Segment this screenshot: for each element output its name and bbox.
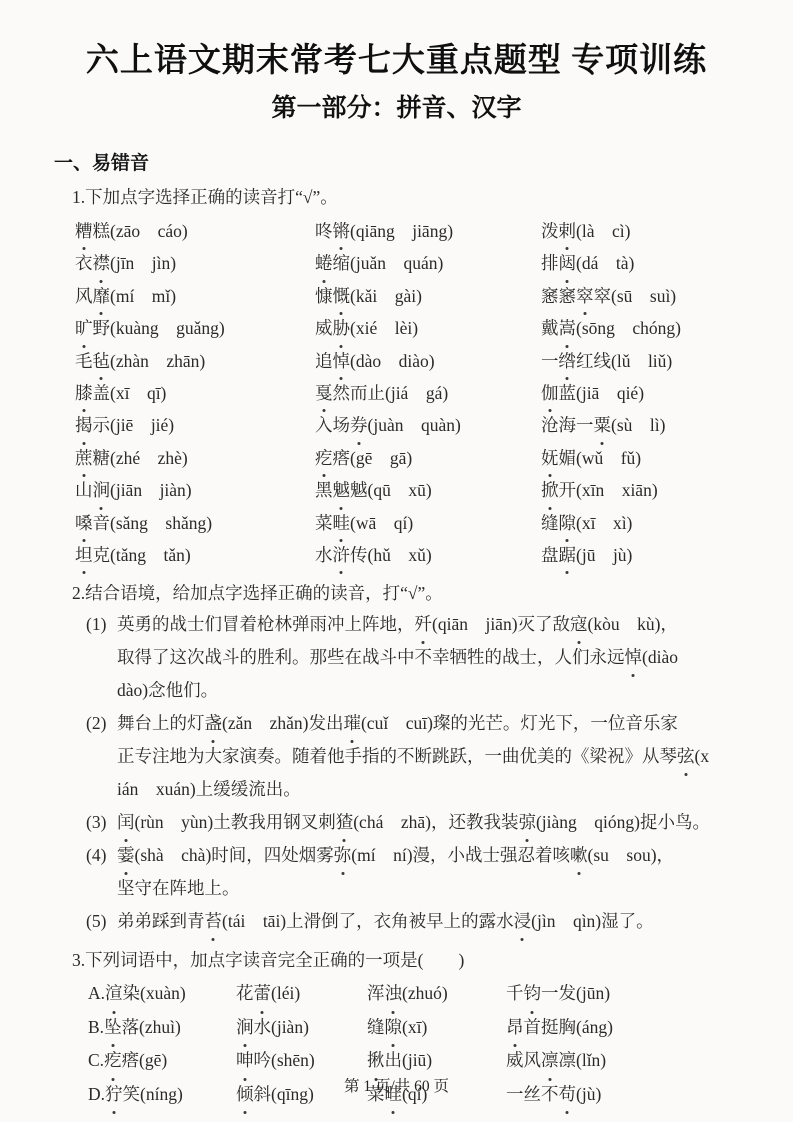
emphasis-dot-char: 钧 [524, 977, 542, 1010]
emphasis-dot-char: 戛 [315, 377, 333, 409]
emphasis-dot-char: 坦 [75, 539, 93, 571]
option-item: 缝隙(xī) [367, 1011, 506, 1044]
word-item: 入场券(juàn quàn) [315, 409, 541, 441]
emphasis-dot-char: 悼 [333, 345, 351, 377]
option-item: C.疙瘩(gē) [88, 1044, 236, 1077]
word-item: 泼剌(là cì) [541, 215, 793, 247]
emphasis-dot-char: 胁 [333, 312, 351, 344]
word-item: 戛然而止(jiá gá) [315, 377, 541, 409]
option-item: 涧水(jiàn) [236, 1011, 367, 1044]
paragraph-number: (3) [86, 806, 106, 839]
emphasis-dot-char: 疙 [315, 442, 333, 474]
emphasis-dot-char: 旷 [75, 312, 93, 344]
word-item: 蜷缩(juǎn quán) [315, 247, 541, 279]
paragraph-line: ián xuán)上缓缓流出。 [117, 773, 793, 806]
word-item: 伽蓝(jiā qié) [541, 377, 793, 409]
emphasis-dot-char: 凛 [541, 1044, 559, 1077]
word-item: 衣襟(jīn jìn) [75, 247, 315, 279]
paragraph-line: 霎(shà chà)时间，四处烟雾弥(mí ní)漫，小战士强忍着咳嗽(su s… [117, 839, 793, 872]
word-item: 蔗糖(zhé zhè) [75, 442, 315, 474]
emphasis-dot-char: 嗓 [75, 507, 93, 539]
emphasis-dot-char: 畦 [333, 507, 351, 539]
paragraph-line: 闰(rùn yùn)土教我用钢叉刺猹(chá zhā)，还教我装弶(jiàng … [117, 806, 793, 839]
paragraph-line: dào)念他们。 [117, 674, 793, 707]
word-item: 菜畦(wā qí) [315, 507, 541, 539]
paragraph-line: 英勇的战士们冒着枪林弹雨冲上阵地，歼(qiān jiān)灭了敌寇(kòu kù… [117, 608, 793, 641]
word-item: 山涧(jiān jiàn) [75, 474, 315, 506]
emphasis-dot-char: 渲 [105, 977, 123, 1010]
page-subtitle: 第一部分：拼音、汉字 [0, 88, 793, 124]
emphasis-dot-char: 蕾 [254, 977, 272, 1010]
emphasis-dot-char: 浸 [514, 905, 532, 938]
word-item: 咚锵(qiāng jiāng) [315, 215, 541, 247]
emphasis-dot-char: 悼 [625, 641, 643, 674]
word-item: 沧海一粟(sù lì) [541, 409, 793, 441]
paragraph-line: 弟弟踩到青苔(tái tāi)上滑倒了，衣角被早上的露水浸(jìn qìn)湿了… [117, 905, 793, 938]
emphasis-dot-char: 浊 [385, 977, 403, 1010]
paragraph-number: (5) [86, 905, 106, 938]
word-item: 坦克(tǎng tǎn) [75, 539, 315, 571]
emphasis-dot-char: 嵩 [559, 312, 577, 344]
word-item: 掀开(xīn xiān) [541, 474, 793, 506]
emphasis-dot-char: 坠 [104, 1011, 122, 1044]
emphasis-dot-char: 弥 [334, 839, 352, 872]
emphasis-dot-char: 糟 [75, 215, 93, 247]
option-item: 千钧一发(jūn) [506, 977, 793, 1010]
emphasis-dot-char: 蜷 [315, 247, 333, 279]
word-item: 疙瘩(gē gā) [315, 442, 541, 474]
paragraph-number: (1) [86, 608, 106, 641]
paragraph-number: (4) [86, 839, 106, 872]
q2-paragraph: (4)霎(shà chà)时间，四处烟雾弥(mí ní)漫，小战士强忍着咳嗽(s… [86, 839, 793, 905]
word-item: 膝盖(xī qī) [75, 377, 315, 409]
section-heading: 一、易错音 [54, 148, 793, 175]
option-item: 浑浊(zhuó) [367, 977, 506, 1010]
word-item: 水浒传(hǔ xǔ) [315, 539, 541, 571]
emphasis-dot-char: 闰 [117, 806, 135, 839]
option-item: 威风凛凛(lǐn) [506, 1044, 793, 1077]
emphasis-dot-char: 歼 [415, 608, 433, 641]
emphasis-dot-char: 剌 [559, 215, 577, 247]
emphasis-dot-char: 涧 [93, 474, 111, 506]
emphasis-dot-char: 锵 [333, 215, 351, 247]
option-item: 呻吟(shēn) [236, 1044, 367, 1077]
paragraph-line: 舞台上的灯盏(zǎn zhǎn)发出璀(cuǐ cuī)璨的光芒。灯光下，一位音… [117, 707, 793, 740]
word-item: 旷野(kuàng guǎng) [75, 312, 315, 344]
emphasis-dot-char: 踞 [559, 539, 577, 571]
word-item: 一绺红线(lǔ liǔ) [541, 345, 793, 377]
emphasis-dot-char: 揭 [75, 409, 93, 441]
paragraph-line: 取得了这次战斗的胜利。那些在战斗中不幸牺牲的战士，人们永远悼(diào [117, 641, 793, 674]
emphasis-dot-char: 靡 [93, 280, 111, 312]
emphasis-dot-char: 毡 [93, 345, 111, 377]
emphasis-dot-char: 苔 [205, 905, 223, 938]
option-item: A.渲染(xuàn) [88, 977, 236, 1010]
emphasis-dot-char: 隙 [559, 507, 577, 539]
question-1-label: 1.下加点字选择正确的读音打“√”。 [72, 184, 793, 209]
emphasis-dot-char: 弦 [677, 740, 695, 773]
option-item: B.坠落(zhuì) [88, 1011, 236, 1044]
option-item: 花蕾(léi) [236, 977, 367, 1010]
page-title: 六上语文期末常考七大重点题型 专项训练 [0, 0, 793, 81]
emphasis-dot-char: 呻 [236, 1044, 254, 1077]
emphasis-dot-char: 璀 [343, 707, 361, 740]
emphasis-dot-char: 襟 [93, 247, 111, 279]
word-item: 戴嵩(sōng chóng) [541, 312, 793, 344]
emphasis-dot-char: 慨 [333, 280, 351, 312]
emphasis-dot-char: 猹 [336, 806, 354, 839]
word-item: 黑魆魆(qū xū) [315, 474, 541, 506]
option-item: 揪出(jiū) [367, 1044, 506, 1077]
question-2-label: 2.结合语境，给加点字选择正确的读音，打“√”。 [72, 580, 793, 605]
q2-paragraph: (3)闰(rùn yùn)土教我用钢叉刺猹(chá zhā)，还教我装弶(jià… [86, 806, 793, 839]
word-item: 风靡(mí mǐ) [75, 280, 315, 312]
q2-paragraph: (5)弟弟踩到青苔(tái tāi)上滑倒了，衣角被早上的露水浸(jìn qìn… [86, 905, 793, 938]
emphasis-dot-char: 粟 [594, 409, 612, 441]
emphasis-dot-char: 揪 [367, 1044, 385, 1077]
word-item: 嗓音(sǎng shǎng) [75, 507, 315, 539]
q2-paragraph: (2)舞台上的灯盏(zǎn zhǎn)发出璀(cuǐ cuī)璨的光芒。灯光下，… [86, 707, 793, 806]
emphasis-dot-char: 魆 [333, 474, 351, 506]
emphasis-dot-char: 涧 [236, 1011, 254, 1044]
question-3-label: 3.下列词语中，加点字读音完全正确的一项是( ) [72, 947, 793, 972]
emphasis-dot-char: 盏 [205, 707, 223, 740]
emphasis-dot-char: 弶 [518, 806, 536, 839]
emphasis-dot-char: 寇 [570, 608, 588, 641]
emphasis-dot-char: 妩 [541, 442, 559, 474]
emphasis-dot-char: 闼 [559, 247, 577, 279]
word-item: 糟糕(zāo cáo) [75, 215, 315, 247]
q2-paragraphs: (1)英勇的战士们冒着枪林弹雨冲上阵地，歼(qiān jiān)灭了敌寇(kòu… [86, 608, 793, 938]
word-item: 盘踞(jū jù) [541, 539, 793, 571]
paragraph-line: 正专注地为大家演奏。随着他手指的不断跳跃，一曲优美的《梁祝》从琴弦(x [117, 740, 793, 773]
emphasis-dot-char: 隙 [385, 1011, 403, 1044]
word-item: 威胁(xié lèi) [315, 312, 541, 344]
word-item: 揭示(jiē jié) [75, 409, 315, 441]
emphasis-dot-char: 掀 [541, 474, 559, 506]
emphasis-dot-char: 霎 [117, 839, 135, 872]
word-item: 窸窸窣窣(sū suì) [541, 280, 793, 312]
word-item: 追悼(dào diào) [315, 345, 541, 377]
option-item: 昂首挺胸(áng) [506, 1011, 793, 1044]
word-item: 缝隙(xī xì) [541, 507, 793, 539]
word-item: 排闼(dá tà) [541, 247, 793, 279]
word-item: 慷慨(kǎi gài) [315, 280, 541, 312]
document-page: 六上语文期末常考七大重点题型 专项训练 第一部分：拼音、汉字 一、易错音 1.下… [0, 0, 793, 1122]
emphasis-dot-char: 伽 [541, 377, 559, 409]
word-list: 糟糕(zāo cáo)咚锵(qiāng jiāng)泼剌(là cì)衣襟(jī… [75, 215, 793, 571]
emphasis-dot-char: 券 [350, 409, 368, 441]
paragraph-number: (2) [86, 707, 106, 740]
emphasis-dot-char: 蔗 [75, 442, 93, 474]
emphasis-dot-char: 膝 [75, 377, 93, 409]
emphasis-dot-char: 嗽 [570, 839, 588, 872]
emphasis-dot-char: 窣 [576, 280, 594, 312]
emphasis-dot-char: 浒 [333, 539, 351, 571]
emphasis-dot-char: 疙 [104, 1044, 122, 1077]
word-item: 妩媚(wǔ fǔ) [541, 442, 793, 474]
emphasis-dot-char: 绺 [559, 345, 577, 377]
word-item: 毛毡(zhàn zhān) [75, 345, 315, 377]
emphasis-dot-char: 昂 [506, 1011, 524, 1044]
page-footer: 第 1 页/共 60 页 [0, 1074, 793, 1096]
paragraph-line: 坚守在阵地上。 [117, 872, 793, 905]
q2-paragraph: (1)英勇的战士们冒着枪林弹雨冲上阵地，歼(qiān jiān)灭了敌寇(kòu… [86, 608, 793, 707]
